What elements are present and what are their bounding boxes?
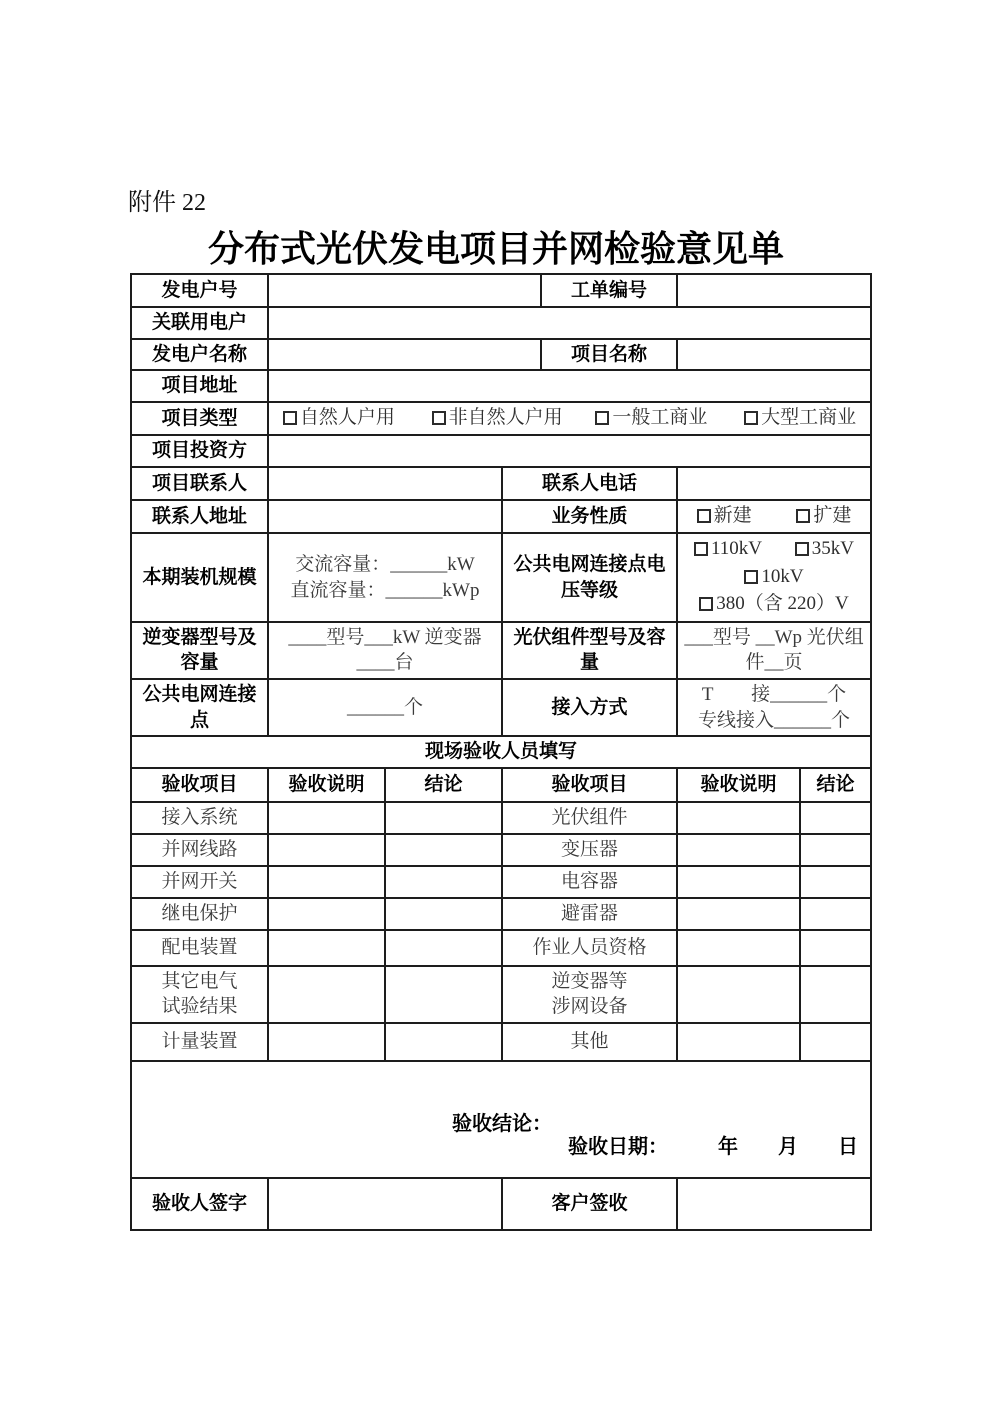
access-mode-line1: T 接______个 — [684, 682, 864, 708]
check-item-distribution-device: 配电装置 — [131, 930, 268, 966]
check-note-field[interactable] — [677, 930, 800, 966]
inverter-text-line1: ____型号___kW 逆变器 — [275, 625, 495, 651]
linked-consumer-label: 关联用电户 — [131, 307, 268, 339]
check-result-field[interactable] — [800, 1023, 871, 1061]
grid-points-label: 公共电网连接点 — [131, 679, 268, 736]
project-name-label: 项目名称 — [541, 339, 677, 371]
access-mode-label: 接入方式 — [502, 679, 677, 736]
check-row-1: 接入系统 光伏组件 — [131, 802, 871, 834]
checkbox-icon[interactable] — [697, 509, 711, 523]
project-contact-field[interactable] — [268, 467, 502, 500]
project-type-option-large-commercial[interactable]: 大型工商业 — [744, 405, 856, 431]
voltage-option-35kv[interactable]: 35kV — [795, 536, 854, 562]
check-result-field[interactable] — [385, 834, 502, 866]
linked-consumer-field[interactable] — [268, 307, 871, 339]
checkbox-icon[interactable] — [744, 570, 758, 584]
contact-address-label: 联系人地址 — [131, 500, 268, 533]
form-table: 发电户号 工单编号 关联用电户 发电户名称 项目名称 项目地址 项目类型 — [130, 273, 872, 1231]
check-header-note-1: 验收说明 — [268, 768, 385, 802]
project-name-field[interactable] — [677, 339, 871, 371]
row-signatures: 验收人签字 客户签收 — [131, 1178, 871, 1230]
check-header-note-2: 验收说明 — [677, 768, 800, 802]
contact-phone-field[interactable] — [677, 467, 871, 500]
check-result-field[interactable] — [385, 866, 502, 898]
check-item-transformer: 变压器 — [502, 834, 677, 866]
check-row-4: 继电保护 避雷器 — [131, 898, 871, 930]
page-title: 分布式光伏发电项目并网检验意见单 — [0, 221, 992, 272]
check-item-inverter-grid-equipment: 逆变器等 涉网设备 — [502, 966, 677, 1023]
project-type-options: 自然人户用 非自然人户用 一般工商业 大型工商业 — [268, 402, 871, 435]
business-nature-option-expand[interactable]: 扩建 — [796, 503, 851, 529]
contact-phone-label: 联系人电话 — [502, 467, 677, 500]
inverter-field[interactable]: ____型号___kW 逆变器 ____台 — [268, 622, 502, 679]
check-note-field[interactable] — [677, 966, 800, 1023]
check-note-field[interactable] — [268, 802, 385, 834]
conclusion-cell[interactable]: 验收结论： 验收日期： 年 月 日 — [131, 1061, 871, 1178]
access-mode-field[interactable]: T 接______个 专线接入______个 — [677, 679, 871, 736]
access-mode-line2: 专线接入______个 — [684, 708, 864, 734]
row-site-section-title: 现场验收人员填写 — [131, 736, 871, 768]
check-note-field[interactable] — [268, 966, 385, 1023]
inverter-text-line2: ____台 — [275, 650, 495, 676]
row-conclusion: 验收结论： 验收日期： 年 月 日 — [131, 1061, 871, 1178]
check-row-3: 并网开关 电容器 — [131, 866, 871, 898]
customer-sign-field[interactable] — [677, 1178, 871, 1230]
checkbox-icon[interactable] — [283, 411, 297, 425]
check-result-field[interactable] — [800, 898, 871, 930]
checkbox-icon[interactable] — [694, 542, 708, 556]
project-type-label: 项目类型 — [131, 402, 268, 435]
business-nature-option-new[interactable]: 新建 — [697, 503, 752, 529]
contact-address-field[interactable] — [268, 500, 502, 533]
check-header-item-2: 验收项目 — [502, 768, 677, 802]
generator-name-label: 发电户名称 — [131, 339, 268, 371]
inspector-sign-field[interactable] — [268, 1178, 502, 1230]
check-result-field[interactable] — [800, 966, 871, 1023]
checkbox-icon[interactable] — [699, 597, 713, 611]
generator-name-field[interactable] — [268, 339, 541, 371]
check-row-2: 并网线路 变压器 — [131, 834, 871, 866]
check-result-field[interactable] — [385, 930, 502, 966]
check-note-field[interactable] — [677, 1023, 800, 1061]
check-row-6: 其它电气 试验结果 逆变器等 涉网设备 — [131, 966, 871, 1023]
check-item-grid-switch: 并网开关 — [131, 866, 268, 898]
row-contact-address: 联系人地址 业务性质 新建 扩建 — [131, 500, 871, 533]
checkbox-icon[interactable] — [432, 411, 446, 425]
row-project-investor: 项目投资方 — [131, 435, 871, 467]
project-investor-field[interactable] — [268, 435, 871, 467]
check-result-field[interactable] — [800, 802, 871, 834]
check-item-metering-device: 计量装置 — [131, 1023, 268, 1061]
inspector-sign-label: 验收人签字 — [131, 1178, 268, 1230]
business-nature-options: 新建 扩建 — [677, 500, 871, 533]
check-note-field[interactable] — [268, 898, 385, 930]
project-address-label: 项目地址 — [131, 370, 268, 402]
project-investor-label: 项目投资方 — [131, 435, 268, 467]
generator-no-field[interactable] — [268, 274, 541, 307]
check-item-other-electrical-tests: 其它电气 试验结果 — [131, 966, 268, 1023]
voltage-option-110kv[interactable]: 110kV — [694, 536, 762, 562]
row-grid-points: 公共电网连接点 ______个 接入方式 T 接______个 专线接入____… — [131, 679, 871, 736]
check-result-field[interactable] — [800, 834, 871, 866]
checkbox-icon[interactable] — [744, 411, 758, 425]
installed-capacity-label: 本期装机规模 — [131, 533, 268, 621]
check-result-field[interactable] — [800, 930, 871, 966]
check-note-field[interactable] — [268, 1023, 385, 1061]
check-row-7: 计量装置 其他 — [131, 1023, 871, 1061]
checkbox-icon[interactable] — [595, 411, 609, 425]
check-note-field[interactable] — [268, 930, 385, 966]
voltage-option-10kv[interactable]: 10kV — [744, 564, 803, 590]
row-inverter: 逆变器型号及容量 ____型号___kW 逆变器 ____台 光伏组件型号及容量… — [131, 622, 871, 679]
business-nature-label: 业务性质 — [502, 500, 677, 533]
attachment-label: 附件 22 — [128, 182, 206, 217]
check-item-pv-modules: 光伏组件 — [502, 802, 677, 834]
check-note-field[interactable] — [268, 866, 385, 898]
check-item-arrester: 避雷器 — [502, 898, 677, 930]
generator-no-label: 发电户号 — [131, 274, 268, 307]
check-note-field[interactable] — [677, 898, 800, 930]
check-header-item-1: 验收项目 — [131, 768, 268, 802]
pv-module-text-line2: 件__页 — [684, 650, 864, 676]
conclusion-label: 验收结论： — [138, 1101, 864, 1138]
voltage-level-options: 110kV 35kV 10kV 380（含 220）V — [677, 533, 871, 621]
check-note-field[interactable] — [677, 834, 800, 866]
check-item-grid-line: 并网线路 — [131, 834, 268, 866]
checkbox-icon[interactable] — [796, 509, 810, 523]
check-header-result-1: 结论 — [385, 768, 502, 802]
project-contact-label: 项目联系人 — [131, 467, 268, 500]
check-item-personnel-qualification: 作业人员资格 — [502, 930, 677, 966]
check-result-field[interactable] — [800, 866, 871, 898]
check-item-relay-protection: 继电保护 — [131, 898, 268, 930]
check-result-field[interactable] — [385, 802, 502, 834]
document-page: 附件 22 分布式光伏发电项目并网检验意见单 发电户号 工单编号 关联用电户 发… — [0, 0, 992, 1403]
voltage-level-label: 公共电网连接点电压等级 — [502, 533, 677, 621]
row-check-headers: 验收项目 验收说明 结论 验收项目 验收说明 结论 — [131, 768, 871, 802]
check-result-field[interactable] — [385, 1023, 502, 1061]
check-header-result-2: 结论 — [800, 768, 871, 802]
row-linked-consumer: 关联用电户 — [131, 307, 871, 339]
checkbox-icon[interactable] — [795, 542, 809, 556]
check-result-field[interactable] — [385, 966, 502, 1023]
project-address-field[interactable] — [268, 370, 871, 402]
check-note-field[interactable] — [677, 802, 800, 834]
voltage-option-380v[interactable]: 380（含 220）V — [699, 591, 848, 617]
check-item-other: 其他 — [502, 1023, 677, 1061]
row-generator-no: 发电户号 工单编号 — [131, 274, 871, 307]
row-installed-capacity: 本期装机规模 交流容量：______kW 直流容量：______kWp 公共电网… — [131, 533, 871, 621]
check-result-field[interactable] — [385, 898, 502, 930]
ac-capacity-text: 交流容量：______kW — [275, 552, 495, 578]
site-section-title: 现场验收人员填写 — [131, 736, 871, 768]
row-generator-name: 发电户名称 项目名称 — [131, 339, 871, 371]
check-note-field[interactable] — [677, 866, 800, 898]
project-type-option-general-commercial[interactable]: 一般工商业 — [595, 405, 707, 431]
check-row-5: 配电装置 作业人员资格 — [131, 930, 871, 966]
work-order-label: 工单编号 — [541, 274, 677, 307]
project-type-option-non-natural-person[interactable]: 非自然人户用 — [432, 405, 563, 431]
check-note-field[interactable] — [268, 834, 385, 866]
row-project-address: 项目地址 — [131, 370, 871, 402]
grid-points-field[interactable]: ______个 — [268, 679, 502, 736]
row-project-contact: 项目联系人 联系人电话 — [131, 467, 871, 500]
pv-module-field[interactable]: ___型号 __Wp 光伏组 件__页 — [677, 622, 871, 679]
check-item-capacitor: 电容器 — [502, 866, 677, 898]
check-item-access-system: 接入系统 — [131, 802, 268, 834]
inverter-label: 逆变器型号及容量 — [131, 622, 268, 679]
pv-module-label: 光伏组件型号及容量 — [502, 622, 677, 679]
row-project-type: 项目类型 自然人户用 非自然人户用 一般工商业 大型工商业 — [131, 402, 871, 435]
project-type-option-natural-person[interactable]: 自然人户用 — [283, 405, 395, 431]
pv-module-text-line1: ___型号 __Wp 光伏组 — [684, 625, 864, 651]
customer-sign-label: 客户签收 — [502, 1178, 677, 1230]
dc-capacity-text: 直流容量：______kWp — [275, 578, 495, 604]
work-order-field[interactable] — [677, 274, 871, 307]
installed-capacity-field[interactable]: 交流容量：______kW 直流容量：______kWp — [268, 533, 502, 621]
acceptance-date-text: 验收日期： 年 月 日 — [568, 1134, 858, 1161]
